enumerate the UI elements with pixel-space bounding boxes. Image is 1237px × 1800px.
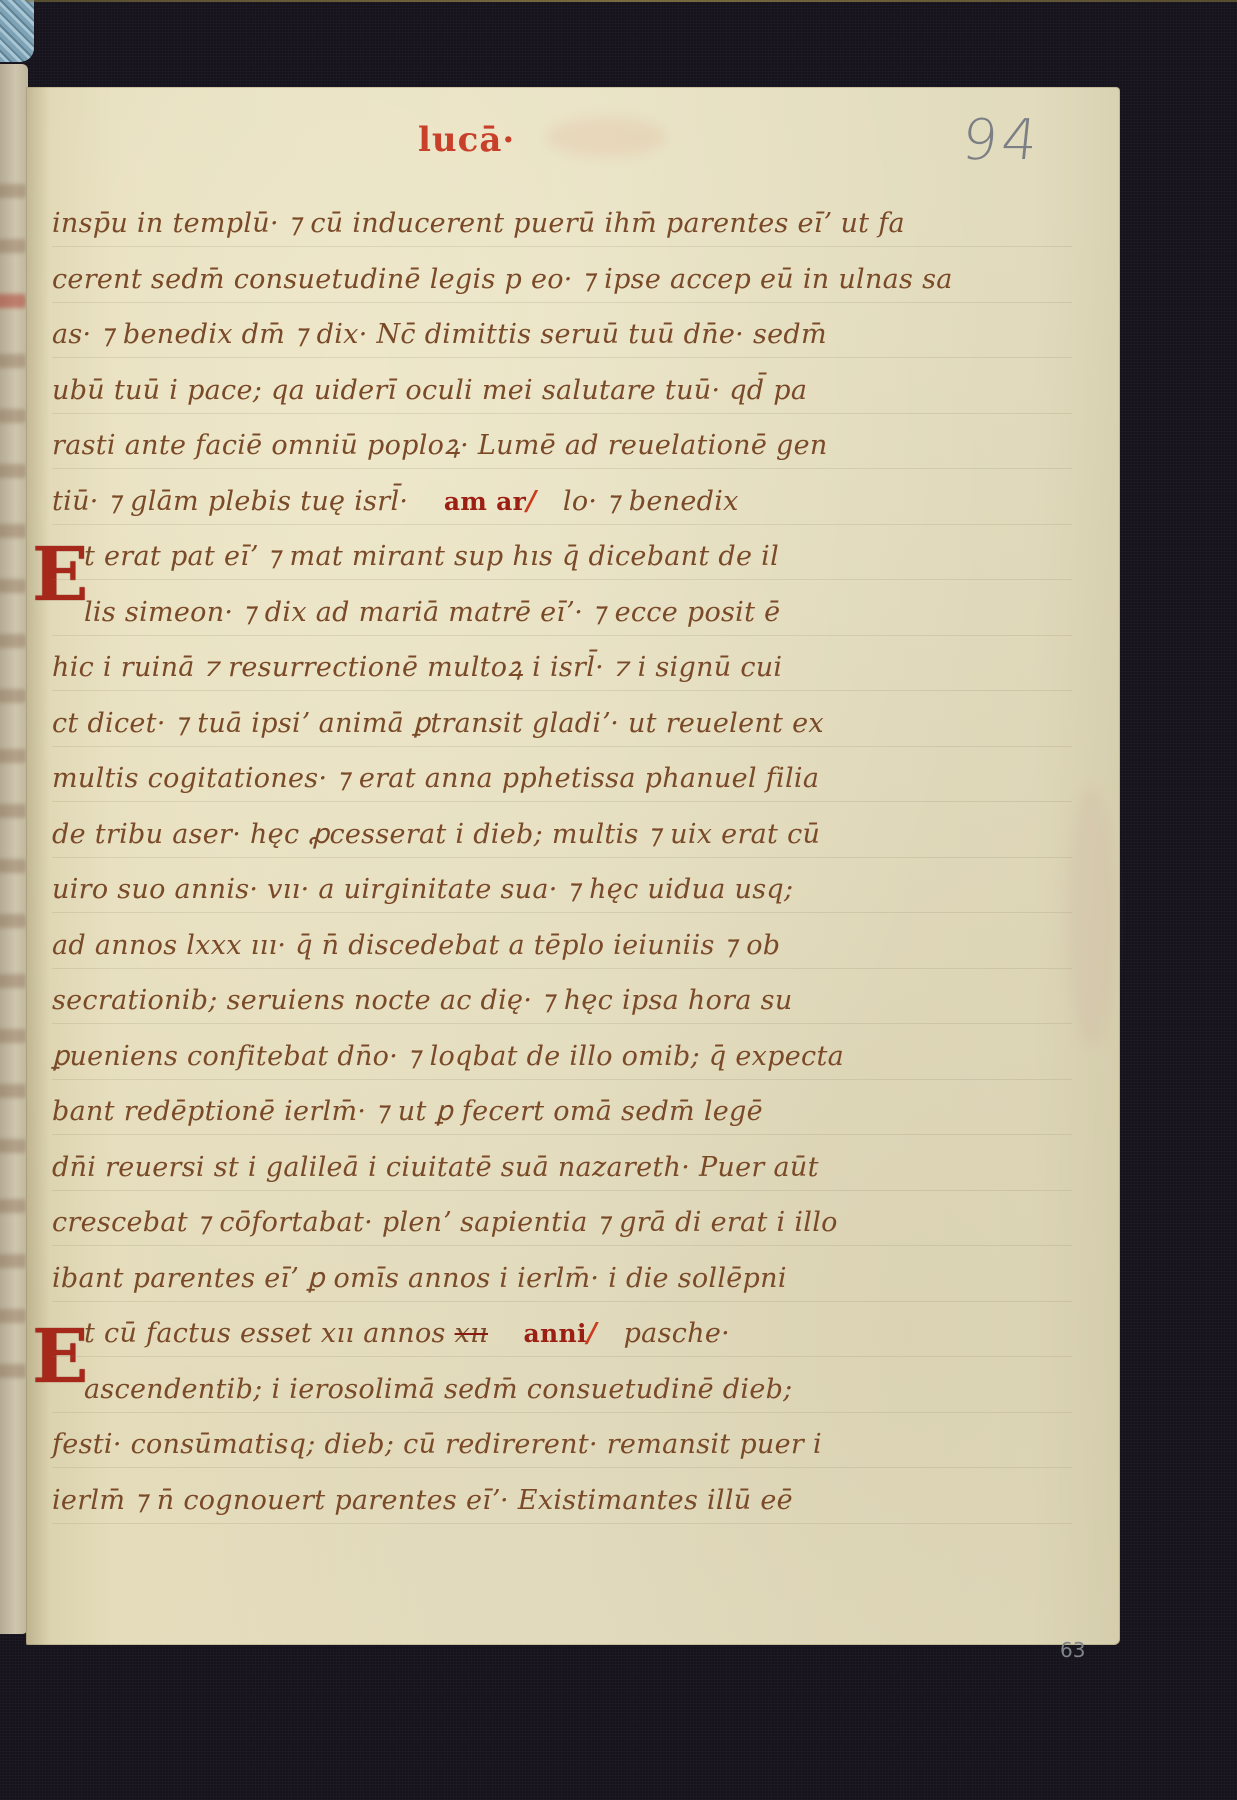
rubric-annotation: am ar xyxy=(444,487,526,516)
text-line: secrationib; seruiens nocte ac dię· ⁊ hę… xyxy=(52,981,1052,1037)
text-line: multis cogitationes· ⁊ erat anna pphetis… xyxy=(52,759,1052,815)
cancelled-text: xıı xyxy=(455,1318,488,1349)
folio-number-pencil: 94 xyxy=(959,108,1045,173)
text-line: rasti ante faciē omniū poploꝝ· Lumē ad r… xyxy=(52,426,1052,482)
text-line: bant redēptionē ierlm̄· ⁊ ut ꝑ fecert om… xyxy=(52,1092,1052,1148)
text-line: ad annos lxxx ııı· q̄ n̄ discedebat a tē… xyxy=(52,926,1052,982)
text-line-with-rubric: t cū factus esset xıı annos xıı anni/ pa… xyxy=(52,1314,1052,1370)
text-line: festi· consūmatisq; dieb; cū redirerent·… xyxy=(52,1425,1052,1481)
rubric-slash-mark: / xyxy=(526,486,536,517)
text-line: ct dicet· ⁊ tuā ipsiʼ animā ꝑtransit gla… xyxy=(52,704,1052,760)
gilt-top-edge xyxy=(26,0,1237,2)
text-line: cerent sedm̄ consuetudinē legis p eo· ⁊ … xyxy=(52,260,1052,316)
line-text: pasche· xyxy=(624,1318,730,1349)
text-line: hic i ruinā ⁊ resurrectionē multoꝝ i isr… xyxy=(52,648,1052,704)
text-line: lis simeon· ⁊ dix ad mariā matrē eı̄ʼ· ⁊… xyxy=(52,593,1052,649)
text-line: crescebat ⁊ cōfortabat· plenʼ sapientia … xyxy=(52,1203,1052,1259)
text-line-with-rubric: tiū· ⁊ glām plebis tuę isrl̄· am ar/ lo·… xyxy=(52,482,1052,538)
rubric-slash-mark: / xyxy=(587,1318,597,1349)
line-text: lo· ⁊ benedix xyxy=(563,486,739,517)
text-line: uiro suo annis· vıı· a uirginitate sua· … xyxy=(52,870,1052,926)
text-line: de tribu aser· hęc ꝓcesserat i dieb; mul… xyxy=(52,815,1052,871)
running-title: lucā· xyxy=(418,120,515,160)
text-line: as· ⁊ benedix dm̄ ⁊ dix· Nc̄ dimittis se… xyxy=(52,315,1052,371)
text-line: ubū tuū i pace; qa uiderī oculi mei salu… xyxy=(52,371,1052,427)
text-line: t erat pat eı̄ʼ ⁊ mat mirant sup hıs q̄ … xyxy=(52,537,1052,593)
line-text: tiū· ⁊ glām plebis tuę isrl̄· xyxy=(52,486,408,517)
rubric-annotation: anni xyxy=(524,1319,587,1348)
text-line: ibant parentes eı̄ʼ ꝑ omīs annos i ierlm… xyxy=(52,1259,1052,1315)
text-line: ierlm̄ ⁊ n̄ cognouert parentes eı̄ʼ· Exi… xyxy=(52,1481,1052,1537)
text-line: insp̄u in templū· ⁊ cū inducerent puerū … xyxy=(52,204,1052,260)
text-line: dn̄i reuersi st i galileā i ciuitatē suā… xyxy=(52,1148,1052,1204)
text-line: ꝑueniens confitebat dn̄o· ⁊ loqbat de il… xyxy=(52,1037,1052,1093)
text-line: ascendentib; i ierosolimā sedm̄ consuetu… xyxy=(52,1370,1052,1426)
line-text: t cū factus esset xıı annos xyxy=(84,1318,446,1349)
previous-leaf-edge xyxy=(0,64,28,1634)
manuscript-text-block: insp̄u in templū· ⁊ cū inducerent puerū … xyxy=(52,204,1052,1536)
bookmark-ribbon xyxy=(0,0,34,62)
foliation-number: 63 xyxy=(1060,1638,1085,1662)
